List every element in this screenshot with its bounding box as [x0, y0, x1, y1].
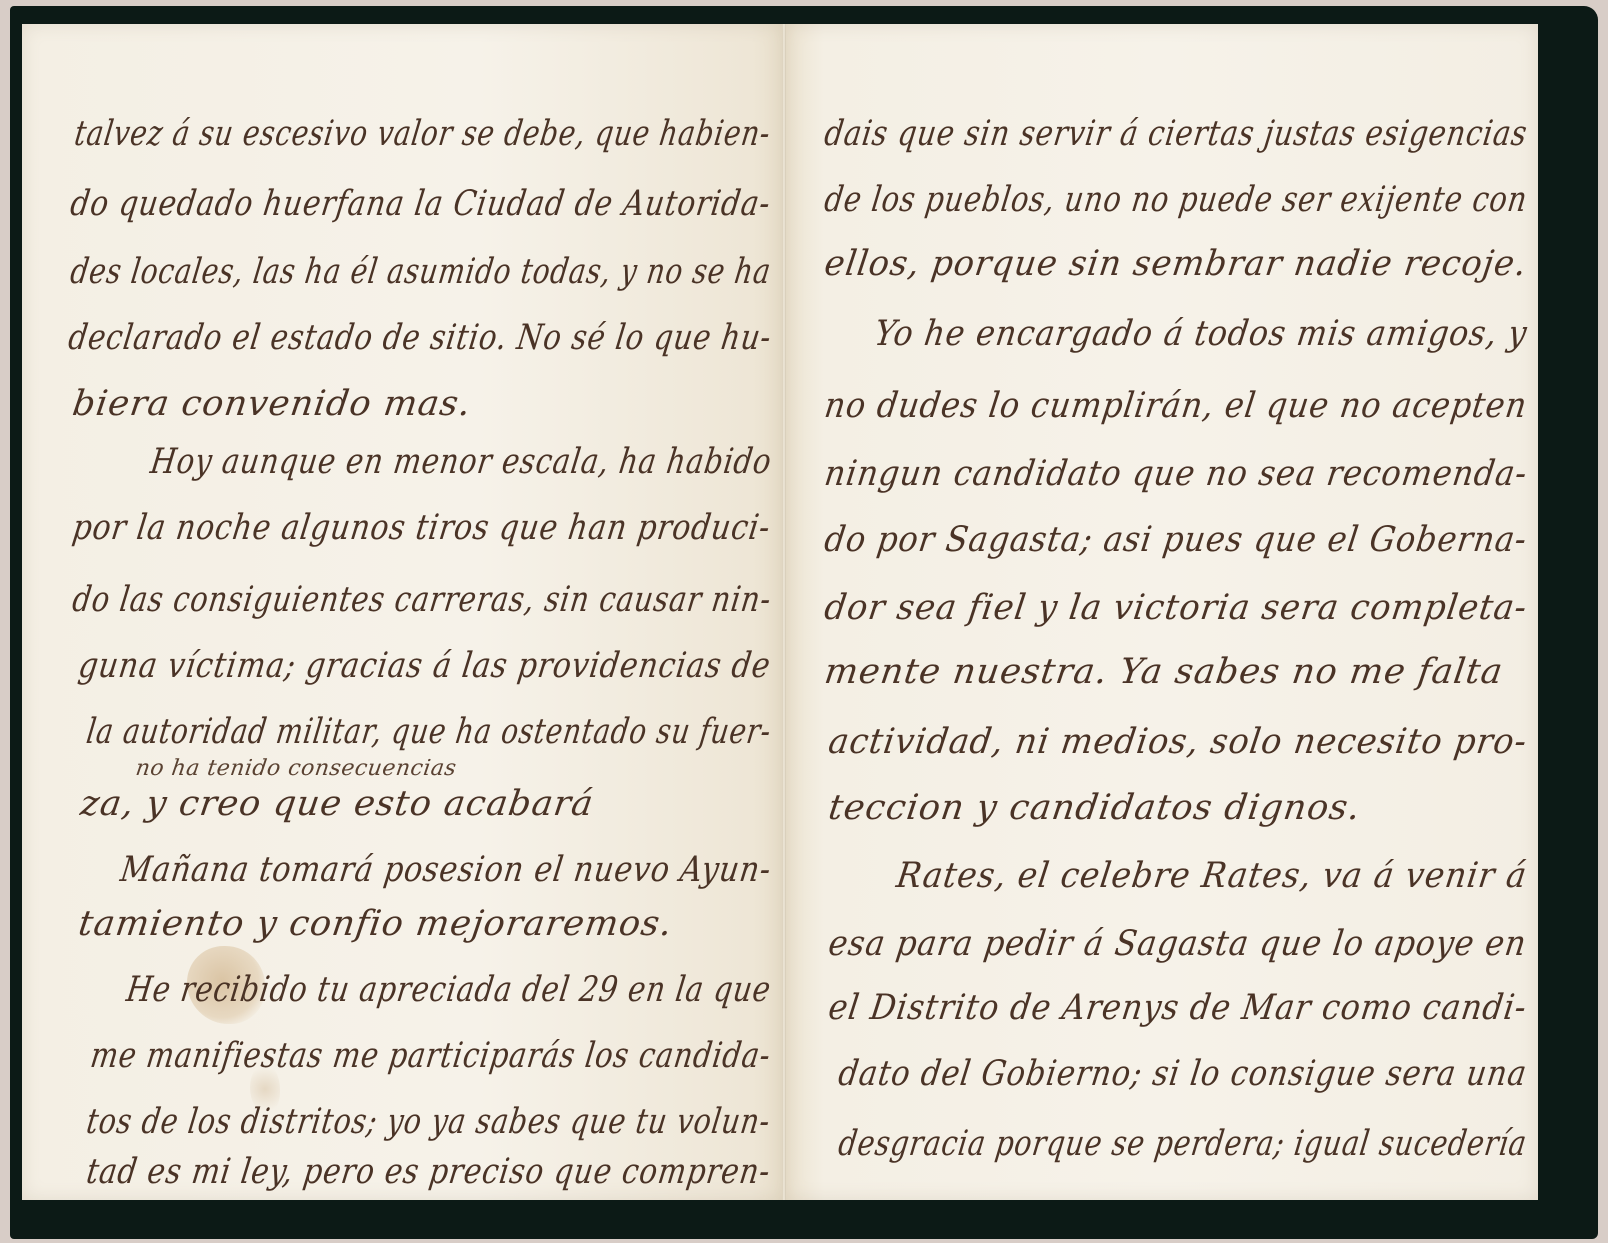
- handwritten-line: mente nuestra. Ya sabes no me falta: [822, 652, 1506, 692]
- handwritten-line: Yo he encargado á todos mis amigos, y: [872, 314, 1530, 354]
- left-page: talvez á su escesivo valor se debe, que …: [22, 24, 782, 1200]
- handwritten-line: Rates, el celebre Rates, va á venir á: [894, 856, 1530, 896]
- handwritten-line: declarado el estado de sitio. No sé lo q…: [66, 318, 774, 358]
- handwritten-line: Hoy aunque en menor escala, ha habido: [148, 442, 774, 482]
- handwritten-line: He recibido tu apreciada del 29 en la qu…: [124, 970, 774, 1010]
- handwritten-line: za, y creo que esto acabará: [78, 784, 596, 824]
- handwritten-line: do las consiguientes carreras, sin causa…: [70, 580, 774, 620]
- handwritten-line: ellos, porque sin sembrar nadie recoje.: [822, 244, 1529, 284]
- scanned-letter: talvez á su escesivo valor se debe, que …: [0, 0, 1608, 1243]
- handwritten-line: do por Sagasta; asi pues que el Goberna-: [822, 520, 1530, 560]
- handwritten-line: por la noche algunos tiros que han produ…: [70, 508, 773, 548]
- handwritten-line: do quedado huerfana la Ciudad de Autorid…: [68, 184, 773, 224]
- handwritten-line: no dudes lo cumplirán, el que no acepten: [822, 386, 1530, 426]
- handwritten-line: dais que sin servir á ciertas justas esi…: [822, 114, 1530, 154]
- handwritten-line: dor sea fiel y la victoria sera completa…: [822, 588, 1530, 628]
- handwritten-line: ningun candidato que no sea recomenda-: [822, 454, 1530, 494]
- handwritten-line: me manifiestas me participarás los candi…: [88, 1036, 773, 1076]
- handwritten-line: des locales, las ha él asumido todas, y …: [68, 252, 774, 292]
- handwritten-line: el Distrito de Arenys de Mar como candi-: [826, 988, 1529, 1028]
- handwritten-line: actividad, ni medios, solo necesito pro-: [826, 722, 1530, 762]
- handwritten-line: desgracia porque se perdera; igual suced…: [836, 1124, 1529, 1164]
- handwritten-line: tad es mi ley, pero es preciso que compr…: [84, 1152, 773, 1192]
- handwritten-line: teccion y candidatos dignos.: [826, 788, 1363, 828]
- handwritten-line: talvez á su escesivo valor se debe, que …: [72, 114, 773, 154]
- handwritten-line: Mañana tomará posesion el nuevo Ayun-: [118, 850, 774, 890]
- handwritten-line: esa para pedir á Sagasta que lo apoye en: [826, 924, 1529, 964]
- handwritten-line: la autoridad militar, que ha ostentado s…: [84, 712, 774, 752]
- handwritten-line: dato del Gobierno; si lo consigue sera u…: [836, 1054, 1529, 1094]
- handwritten-line: guna víctima; gracias á las providencias…: [76, 646, 773, 686]
- handwritten-line: tamiento y confio mejoraremos.: [76, 904, 675, 944]
- right-page: dais que sin servir á ciertas justas esi…: [786, 24, 1538, 1200]
- handwritten-line: tos de los distritos; yo ya sabes que tu…: [84, 1102, 773, 1142]
- handwritten-line: biera convenido mas.: [70, 384, 474, 424]
- handwritten-line: de los pueblos, uno no puede ser exijent…: [822, 180, 1530, 220]
- handwritten-insertion: no ha tenido consecuencias: [134, 756, 458, 781]
